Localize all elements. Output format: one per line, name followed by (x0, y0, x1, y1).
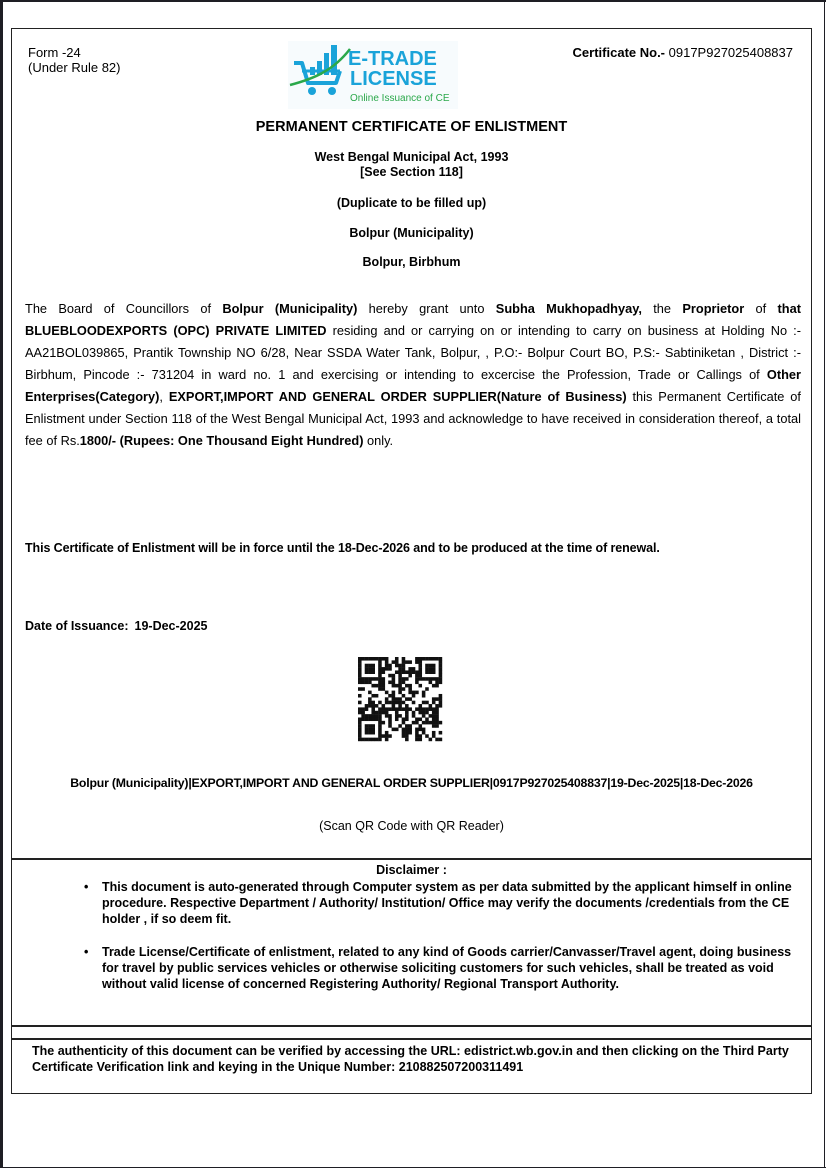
fee-amount: 1800/- (Rupees: One Thousand Eight Hundr… (80, 433, 364, 448)
holder-role: Proprietor (682, 301, 744, 316)
act-name: West Bengal Municipal Act, 1993 (12, 150, 811, 165)
business-nature: EXPORT,IMPORT AND GENERAL ORDER SUPPLIER… (169, 389, 627, 404)
duplicate-note: (Duplicate to be filled up) (12, 196, 811, 210)
business-name: BLUEBLOODEXPORTS (OPC) PRIVATE LIMITED (25, 323, 327, 338)
form-reference: Form -24 (Under Rule 82) (28, 45, 121, 75)
act-reference: West Bengal Municipal Act, 1993 [See Sec… (12, 150, 811, 180)
certificate-number: Certificate No.- 0917P927025408837 (573, 45, 793, 60)
bullet-icon: • (84, 879, 88, 895)
shopping-cart-chart-icon: E-TRADE LICENSE Online Issuance of CE (288, 41, 458, 109)
disclaimer-title: Disclaimer : (12, 863, 811, 877)
verification-statement: The authenticity of this document can be… (32, 1043, 802, 1075)
svg-text:Online Issuance of CE: Online Issuance of CE (350, 93, 450, 104)
certificate-document: Form -24 (Under Rule 82) E-TRADE LICENSE… (11, 28, 812, 1094)
disclaimer-list: •This document is auto-generated through… (84, 879, 804, 1009)
divider (12, 1025, 811, 1027)
municipality-name: Bolpur (Municipality) (12, 226, 811, 240)
holder-name: Subha Mukhopadhyay, (496, 301, 642, 316)
act-section: [See Section 118] (12, 165, 811, 180)
svg-text:E-TRADE: E-TRADE (348, 48, 437, 70)
svg-text:LICENSE: LICENSE (350, 68, 437, 90)
validity-statement: This Certificate of Enlistment will be i… (25, 541, 660, 555)
issuance-date-label: Date of Issuance: (25, 619, 129, 633)
grant-municipality: Bolpur (Municipality) (222, 301, 357, 316)
form-rule: (Under Rule 82) (28, 60, 121, 75)
qr-encoded-summary: Bolpur (Municipality)|EXPORT,IMPORT AND … (12, 776, 811, 790)
viewer-frame-top (0, 0, 826, 2)
divider (12, 858, 811, 860)
e-trade-license-logo: E-TRADE LICENSE Online Issuance of CE (288, 41, 458, 109)
viewer-frame-right (824, 0, 825, 1168)
certificate-number-label: Certificate No.- (573, 45, 665, 60)
issuance-date-value: 19-Dec-2025 (135, 619, 208, 633)
disclaimer-item: •This document is auto-generated through… (84, 879, 804, 927)
qr-scan-instruction: (Scan QR Code with QR Reader) (12, 819, 811, 833)
certificate-number-value: 0917P927025408837 (669, 45, 793, 60)
form-number: Form -24 (28, 45, 121, 60)
grant-paragraph: The Board of Councillors of Bolpur (Muni… (25, 298, 801, 452)
divider (12, 1038, 811, 1040)
certificate-title: PERMANENT CERTIFICATE OF ENLISTMENT (12, 119, 811, 135)
viewer-frame-left (0, 0, 3, 1168)
bullet-icon: • (84, 944, 88, 960)
disclaimer-item: •Trade License/Certificate of enlistment… (84, 944, 804, 992)
issuance-date: Date of Issuance:19-Dec-2025 (25, 619, 207, 633)
location: Bolpur, Birbhum (12, 255, 811, 269)
qr-code-icon (352, 651, 448, 747)
